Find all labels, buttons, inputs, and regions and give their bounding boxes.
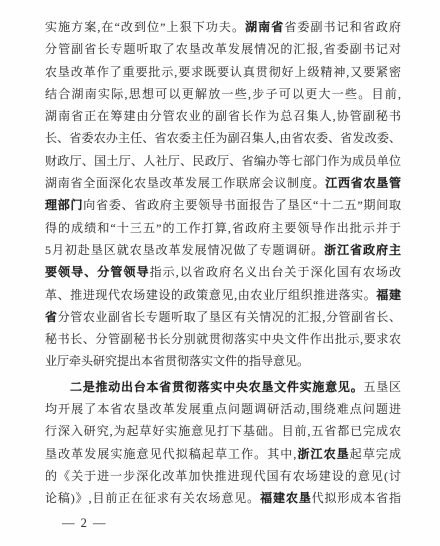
text-run: 代拟形成本省指	[312, 491, 401, 505]
text-line: 得的成绩和“十三五”的工作打算,省政府主要领导作出批示并于	[45, 217, 401, 239]
document-page: 实施方案,在“改到位”上狠下功夫。湖南省省委副书记和省政府 分管副省长专题听取了…	[0, 0, 440, 546]
text-line: 湖南省正在筹建由分管农业的副省长作为总召集人,协管副秘书	[45, 105, 401, 127]
text-line: 业厅牵头研究提出本省贯彻落实文件的指导意见。	[45, 350, 401, 372]
text-run: 行深入研究,为起草好实施意见打下基础。目前,五省都已完成农	[45, 424, 401, 438]
text-run: 起草完成	[350, 447, 401, 461]
document-text: 实施方案,在“改到位”上狠下功夫。湖南省省委副书记和省政府 分管副省长专题听取了…	[45, 16, 401, 510]
bold-run: 二是推动出台本省贯彻落实中央农垦文件实施意见。	[70, 380, 363, 394]
text-run: 5月初赴垦区就农垦改革发展情况做了专题调研。	[45, 243, 324, 257]
text-run: 垦改革发展实施意见代拟稿起草工作。其中,	[45, 447, 296, 461]
text-line: 论稿)》,目前正在征求有关农场意见。福建农垦代拟形成本省指	[45, 487, 401, 509]
text-run: 向省委、省政府主要领导书面报告了垦区“十二五”期间取	[83, 198, 401, 212]
text-run: 革、推进现代农场建设的政策意见,由农业厅组织推进落实。	[45, 288, 376, 302]
bold-run: 省	[45, 310, 58, 324]
text-line: 要领导、分管领导指示,以省政府名义出台关于深化国有农场改	[45, 261, 401, 283]
text-run: 五垦区	[363, 380, 401, 394]
text-run: 分管副省长专题听取了农垦改革发展情况的汇报,省委副书记对	[45, 42, 401, 56]
text-line: 垦改革发展实施意见代拟稿起草工作。其中,浙江农垦起草完成	[45, 443, 401, 465]
text-run: 湖南省正在筹建由分管农业的副省长作为总召集人,协管副秘书	[45, 109, 401, 123]
text-line: 的《关于进一步深化改革加快推进现代国有农场建设的意见(讨	[45, 465, 401, 487]
text-run: 省委副书记和省政府	[284, 20, 401, 34]
text-run: 业厅牵头研究提出本省贯彻落实文件的指导意见。	[45, 354, 309, 368]
text-line: 行深入研究,为起草好实施意见打下基础。目前,五省都已完成农	[45, 420, 401, 442]
text-run: 得的成绩和“十三五”的工作打算,省政府主要领导作出批示并于	[45, 221, 401, 235]
bold-run: 浙江农垦	[296, 447, 349, 461]
text-run: 论稿)》,目前正在征求有关农场意见。	[45, 491, 260, 505]
text-run: 秘书长、分管副秘书长分别就贯彻落实中央文件作出批示,要求农	[45, 332, 401, 346]
text-run: 分管农业副省长专题听取了垦区有关情况的汇报,分管副省长、	[58, 310, 401, 324]
bold-run: 浙江省政府主	[324, 243, 401, 257]
text-line: 革、推进现代农场建设的政策意见,由农业厅组织推进落实。福建	[45, 284, 401, 306]
text-line: 长、省委农办主任、省农委主任为副召集人,由省农委、省发改委、	[45, 127, 401, 149]
bold-run: 湖南省	[245, 20, 284, 34]
text-line: 农垦改革作了重要批示,要求既要认真贯彻好上级精神,又要紧密	[45, 61, 401, 83]
bold-run: 福建农垦	[260, 491, 312, 505]
text-line: 均开展了本省农垦改革发展重点问题调研活动,围绕难点问题进	[45, 398, 401, 420]
bold-run: 要领导、分管领导	[45, 265, 150, 279]
text-line: 财政厅、国土厅、人社厅、民政厅、省编办等七部门作为成员单位的	[45, 150, 401, 172]
text-run: 农垦改革作了重要批示,要求既要认真贯彻好上级精神,又要紧密	[45, 65, 401, 79]
text-run: 均开展了本省农垦改革发展重点问题调研活动,围绕难点问题进	[45, 402, 401, 416]
text-run: 指示,以省政府名义出台关于深化国有农场改	[150, 265, 401, 279]
text-line: 结合湖南实际,思想可以更解放一些,步子可以更大一些。目前,	[45, 83, 401, 105]
text-run: 的《关于进一步深化改革加快推进现代国有农场建设的意见(讨	[45, 469, 401, 483]
text-line: 秘书长、分管副秘书长分别就贯彻落实中央文件作出批示,要求农	[45, 328, 401, 350]
text-run: 实施方案,在“改到位”上狠下功夫。	[45, 20, 245, 34]
text-line: 理部门向省委、省政府主要领导书面报告了垦区“十二五”期间取	[45, 194, 401, 216]
text-run: 财政厅、国土厅、人社厅、民政厅、省编办等七部门作为成员单位的	[45, 154, 401, 172]
text-run: 结合湖南实际,思想可以更解放一些,步子可以更大一些。目前,	[45, 87, 401, 101]
text-line: 分管副省长专题听取了农垦改革发展情况的汇报,省委副书记对	[45, 38, 401, 60]
text-line: 实施方案,在“改到位”上狠下功夫。湖南省省委副书记和省政府	[45, 16, 401, 38]
text-line: 湖南省全面深化农垦改革发展工作联席会议制度。江西省农垦管	[45, 172, 401, 194]
text-line: 5月初赴垦区就农垦改革发展情况做了专题调研。浙江省政府主	[45, 239, 401, 261]
text-line-paragraph-start: 二是推动出台本省贯彻落实中央农垦文件实施意见。五垦区	[45, 376, 401, 398]
bold-run: 福建	[376, 288, 401, 302]
bold-run: 江西省农垦管	[325, 176, 401, 190]
text-run: 长、省委农办主任、省农委主任为副召集人,由省农委、省发改委、	[45, 131, 401, 145]
page-number-footer: — 2 —	[62, 516, 107, 531]
bold-run: 理部门	[45, 198, 83, 212]
text-line: 省分管农业副省长专题听取了垦区有关情况的汇报,分管副省长、	[45, 306, 401, 328]
text-run: 湖南省全面深化农垦改革发展工作联席会议制度。	[45, 176, 325, 190]
